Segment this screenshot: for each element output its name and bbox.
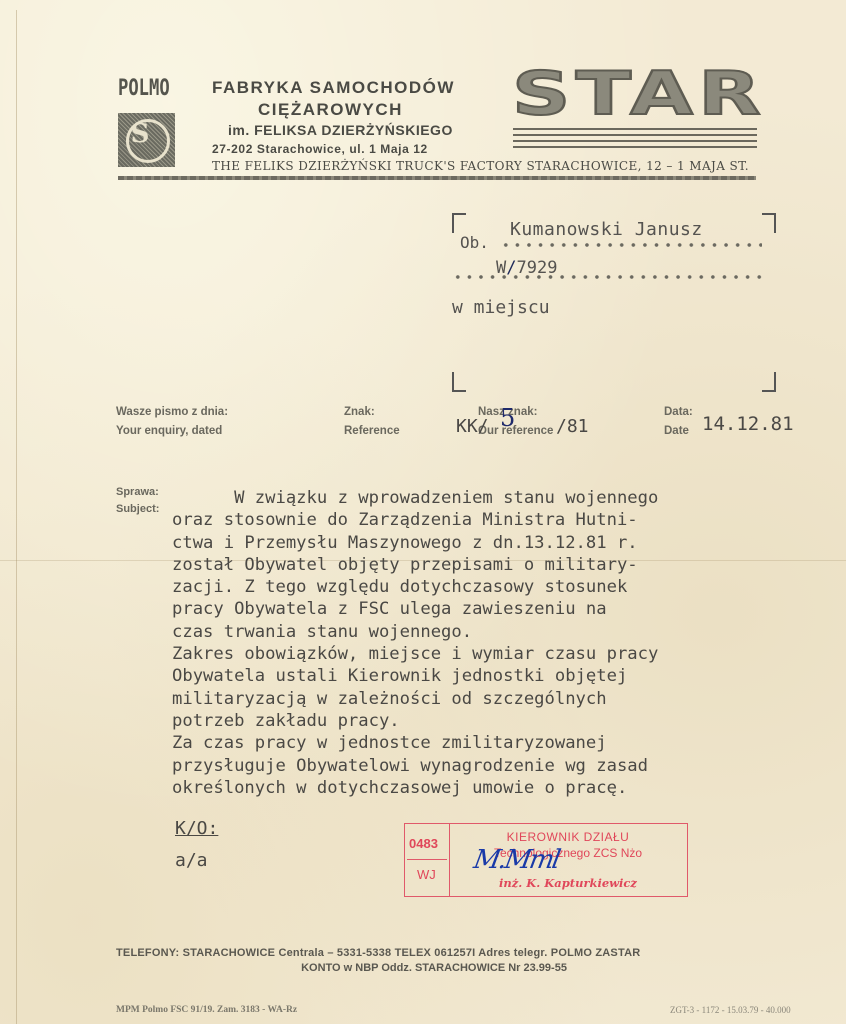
footer-contact: TELEFONY: STARACHOWICE Centrala – 5331-5… [116, 947, 640, 959]
body-line: zacji. Z tego względu dotychczasowy stos… [172, 576, 822, 598]
company-english-name: THE FELIKS DZIERŻYŃSKI TRUCK'S FACTORY S… [212, 159, 749, 173]
corner-mark [762, 372, 776, 392]
our-reference-label-en: Our reference [478, 425, 553, 437]
company-name-line1: FABRYKA SAMOCHODÓW [212, 78, 455, 98]
stamp-number-cell: 0483 WJ [405, 824, 450, 896]
body-line: Za czas pracy w jednostce zmilitaryzowan… [172, 732, 822, 754]
your-letter-label-pl: Wasze pismo z dnia: [116, 406, 228, 418]
body-line: Zakres obowiązków, miejsce i wymiar czas… [172, 643, 822, 665]
stamp-title: KIEROWNIK DZIAŁU [449, 830, 687, 844]
print-code-right: ZGT-3 - 1172 - 15.03.79 - 40.000 [670, 1005, 791, 1015]
body-line: militaryzacją w zależności od szczególny… [172, 688, 822, 710]
star-brand-logo: STAR [512, 64, 766, 124]
handwritten-signature: M.Mml [471, 845, 561, 875]
stamp-divider [407, 859, 447, 860]
recipient-name: Kumanowski Janusz [510, 219, 703, 240]
dotted-line [500, 243, 762, 247]
aa-marker: a/a [175, 850, 208, 871]
logo-s-glyph: S [118, 119, 162, 149]
polmo-brand: POLMO [118, 76, 170, 101]
our-reference-prefix: KK/ [456, 416, 489, 437]
body-line: W związku z wprowadzeniem stanu wojenneg… [172, 487, 822, 509]
company-address: 27-202 Starachowice, ul. 1 Maja 12 [212, 142, 428, 156]
letter-body: W związku z wprowadzeniem stanu wojenneg… [172, 487, 822, 799]
corner-mark [452, 213, 466, 233]
body-line: ctwa i Przemysłu Maszynowego z dn.13.12.… [172, 532, 822, 554]
body-line: oraz stosownie do Zarządzenia Ministra H… [172, 509, 822, 531]
paper-edge [16, 10, 17, 1024]
date-label-en: Date [664, 425, 689, 437]
stamp-code: WJ [417, 867, 436, 882]
body-line: został Obywatel objęty przepisami o mili… [172, 554, 822, 576]
print-code-left: MPM Polmo FSC 91/19. Zam. 3183 - WA-Rz [116, 1005, 297, 1015]
stamp-signatory: inż. K. Kapturkiewicz [449, 876, 687, 890]
stamp-number: 0483 [409, 836, 438, 851]
subject-label-pl: Sprawa: [116, 486, 159, 498]
letterhead-rule [118, 176, 756, 180]
reference-label-pl: Znak: [344, 406, 375, 418]
subject-label-en: Subject: [116, 503, 159, 515]
recipient-prefix: Ob. [460, 233, 489, 252]
dotted-line [452, 275, 762, 279]
body-line: pracy Obywatela z FSC ulega zawieszeniu … [172, 598, 822, 620]
company-patron: im. FELIKSA DZIERŻYŃSKIEGO [228, 122, 453, 138]
polmo-s-logo-icon: S [118, 113, 175, 167]
body-line: przysługuje Obywatelowi wynagrodzenie wg… [172, 755, 822, 777]
star-underlines [513, 128, 757, 152]
date-label-pl: Data: [664, 406, 693, 418]
recipient-place: w miejscu [452, 297, 550, 318]
corner-mark [762, 213, 776, 233]
our-reference-suffix: /81 [556, 416, 589, 437]
company-name-line2: CIĘŻAROWYCH [258, 100, 403, 120]
body-line: Obywatela ustali Kierownik jednostki obj… [172, 665, 822, 687]
body-line: potrzeb zakładu pracy. [172, 710, 822, 732]
date-value: 14.12.81 [702, 413, 794, 435]
reference-label-en: Reference [344, 425, 400, 437]
your-letter-label-en: Your enquiry, dated [116, 425, 222, 437]
body-line: określonych w dotychczasowej umowie o pr… [172, 777, 822, 799]
our-reference-number: 5 [500, 404, 515, 432]
corner-mark [452, 372, 466, 392]
footer-bank-account: KONTO w NBP Oddz. STARACHOWICE Nr 23.99-… [0, 962, 846, 974]
body-line: czas trwania stanu wojennego. [172, 621, 822, 643]
ko-marker: K/O: [175, 818, 218, 839]
